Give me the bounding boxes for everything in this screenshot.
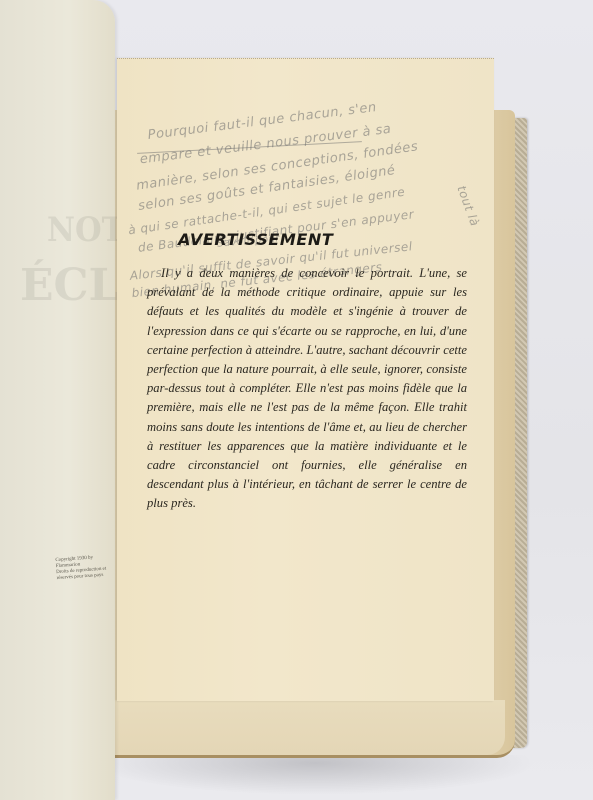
paragraph-text: Il y a deux manières de concevoir le por… <box>147 264 467 514</box>
copyright-notice: Copyright 1930 by Flammarion Droits de r… <box>55 554 117 582</box>
right-page: Pourquoi faut-il que chacun, s'en empare… <box>117 58 494 701</box>
left-page: NOTRE ÉCLAIR Copyright 1930 by Flammario… <box>0 0 115 800</box>
book-shadow <box>95 755 535 795</box>
page-block-lower <box>100 700 505 755</box>
pencil-note: tout là <box>454 184 482 229</box>
page-heading: AVERTISSEMENT <box>178 230 333 249</box>
body-paragraph: Il y a deux manières de concevoir le por… <box>147 264 467 514</box>
